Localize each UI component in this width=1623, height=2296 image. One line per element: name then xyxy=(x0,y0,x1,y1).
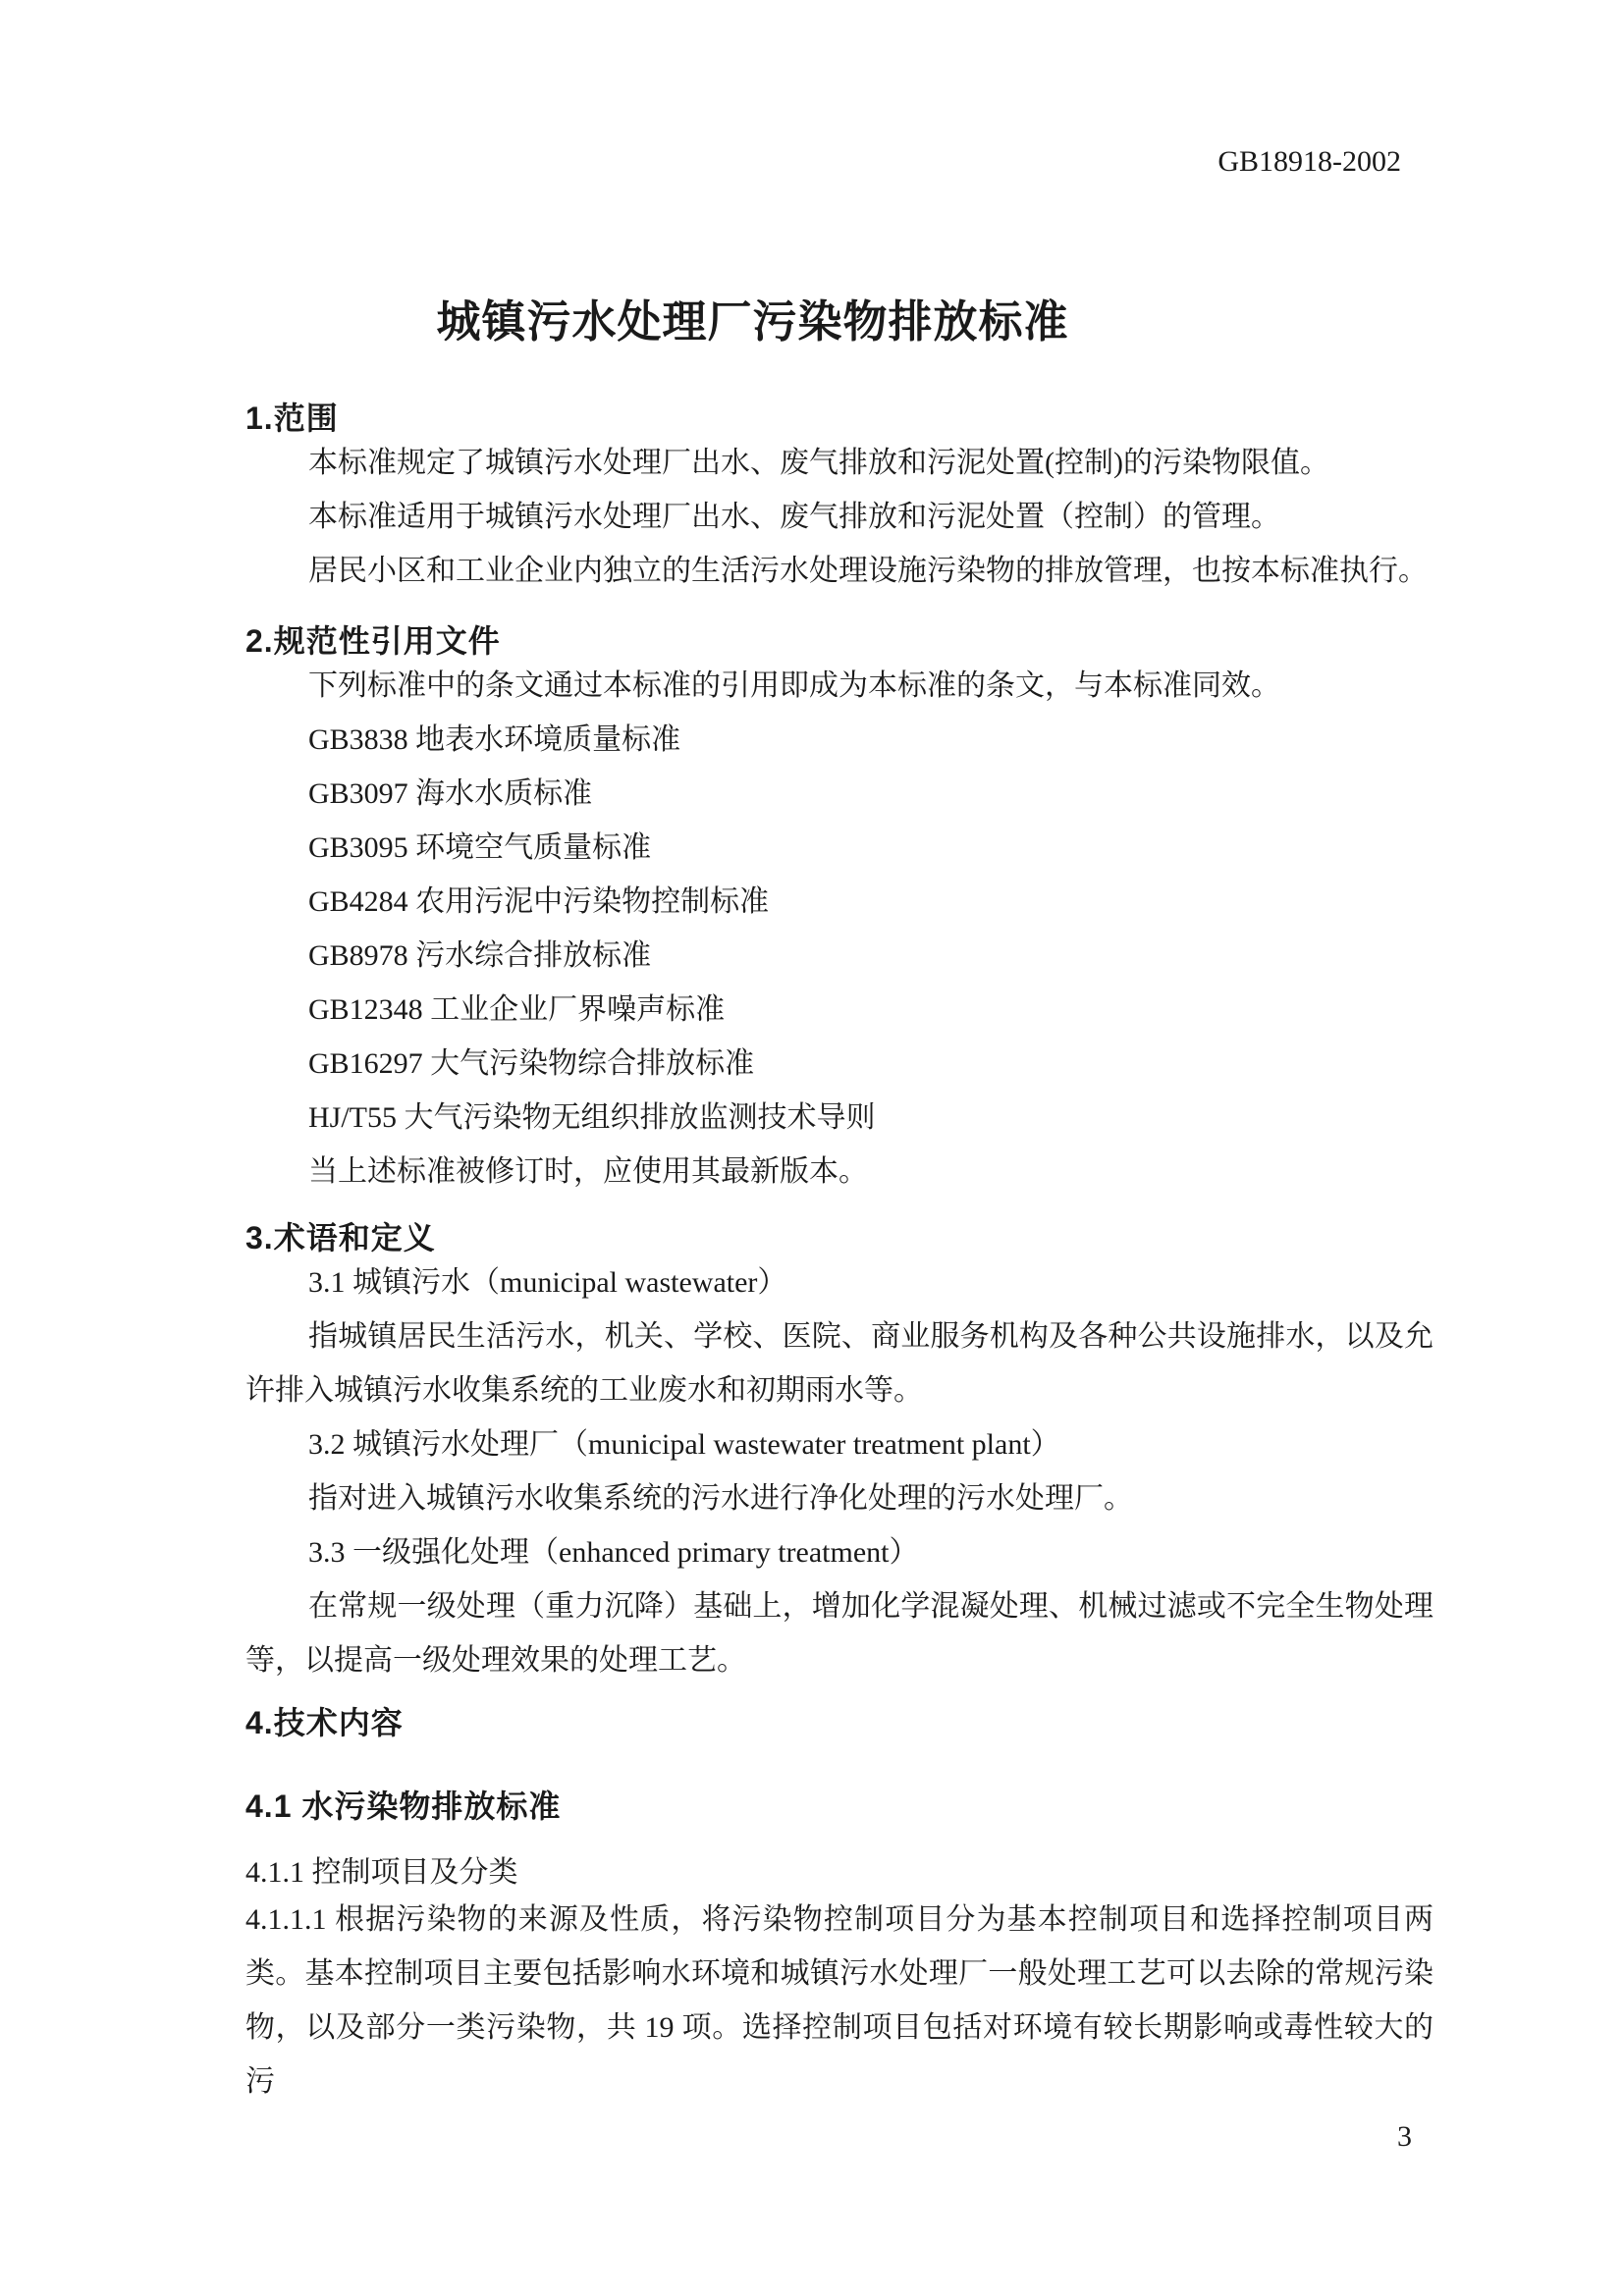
reference-item: GB16297 大气污染物综合排放标准 xyxy=(245,1037,1434,1091)
term-definition: 指城镇居民生活污水，机关、学校、医院、商业服务机构及各种公共设施排水，以及允许排… xyxy=(245,1309,1434,1417)
document-title: 城镇污水处理厂污染物排放标准 xyxy=(0,298,1505,346)
control-items-clause-heading: 4.1.1 控制项目及分类 xyxy=(245,1853,1434,1893)
reference-item: GB12348 工业企业厂界噪声标准 xyxy=(245,983,1434,1037)
page-header: GB18918-2002 xyxy=(0,0,1623,179)
document-body: 1.范围 本标准规定了城镇污水处理厂出水、废气排放和污泥处置(控制)的污染物限值… xyxy=(245,400,1434,2109)
term-definition: 在常规一级处理（重力沉降）基础上，增加化学混凝处理、机械过滤或不完全生物处理等，… xyxy=(245,1579,1434,1687)
term-title: 3.3 一级强化处理（enhanced primary treatment） xyxy=(245,1525,1434,1579)
reference-item: GB3097 海水水质标准 xyxy=(245,767,1434,821)
term-title: 3.2 城镇污水处理厂（municipal wastewater treatme… xyxy=(245,1417,1434,1471)
water-pollutant-subheading: 4.1 水污染物排放标准 xyxy=(245,1789,1434,1824)
reference-item: GB3095 环境空气质量标准 xyxy=(245,821,1434,875)
document-page: GB18918-2002 城镇污水处理厂污染物排放标准 1.范围 本标准规定了城… xyxy=(0,0,1623,2296)
technical-heading: 4.技术内容 xyxy=(245,1705,1434,1740)
references-heading: 2.规范性引用文件 xyxy=(245,623,1434,659)
standard-number: GB18918-2002 xyxy=(1217,145,1401,178)
references-note: 当上述标准被修订时，应使用其最新版本。 xyxy=(245,1145,1434,1199)
scope-paragraph: 本标准规定了城镇污水处理厂出水、废气排放和污泥处置(控制)的污染物限值。 xyxy=(245,436,1434,490)
term-title: 3.1 城镇污水（municipal wastewater） xyxy=(245,1255,1434,1309)
terms-heading: 3.术语和定义 xyxy=(245,1220,1434,1255)
reference-item: GB3838 地表水环境质量标准 xyxy=(245,713,1434,767)
scope-heading: 1.范围 xyxy=(245,400,1434,436)
reference-item: GB8978 污水综合排放标准 xyxy=(245,929,1434,983)
reference-item: GB4284 农用污泥中污染物控制标准 xyxy=(245,875,1434,929)
references-intro: 下列标准中的条文通过本标准的引用即成为本标准的条文，与本标准同效。 xyxy=(245,659,1434,713)
reference-item: HJ/T55 大气污染物无组织排放监测技术导则 xyxy=(245,1091,1434,1145)
scope-paragraph: 居民小区和工业企业内独立的生活污水处理设施污染物的排放管理，也按本标准执行。 xyxy=(245,544,1434,598)
term-definition: 指对进入城镇污水收集系统的污水进行净化处理的污水处理厂。 xyxy=(245,1471,1434,1525)
scope-paragraph: 本标准适用于城镇污水处理厂出水、废气排放和污泥处置（控制）的管理。 xyxy=(245,490,1434,544)
control-items-paragraph: 4.1.1.1 根据污染物的来源及性质，将污染物控制项目分为基本控制项目和选择控… xyxy=(245,1893,1434,2109)
page-number: 3 xyxy=(1397,2120,1412,2154)
